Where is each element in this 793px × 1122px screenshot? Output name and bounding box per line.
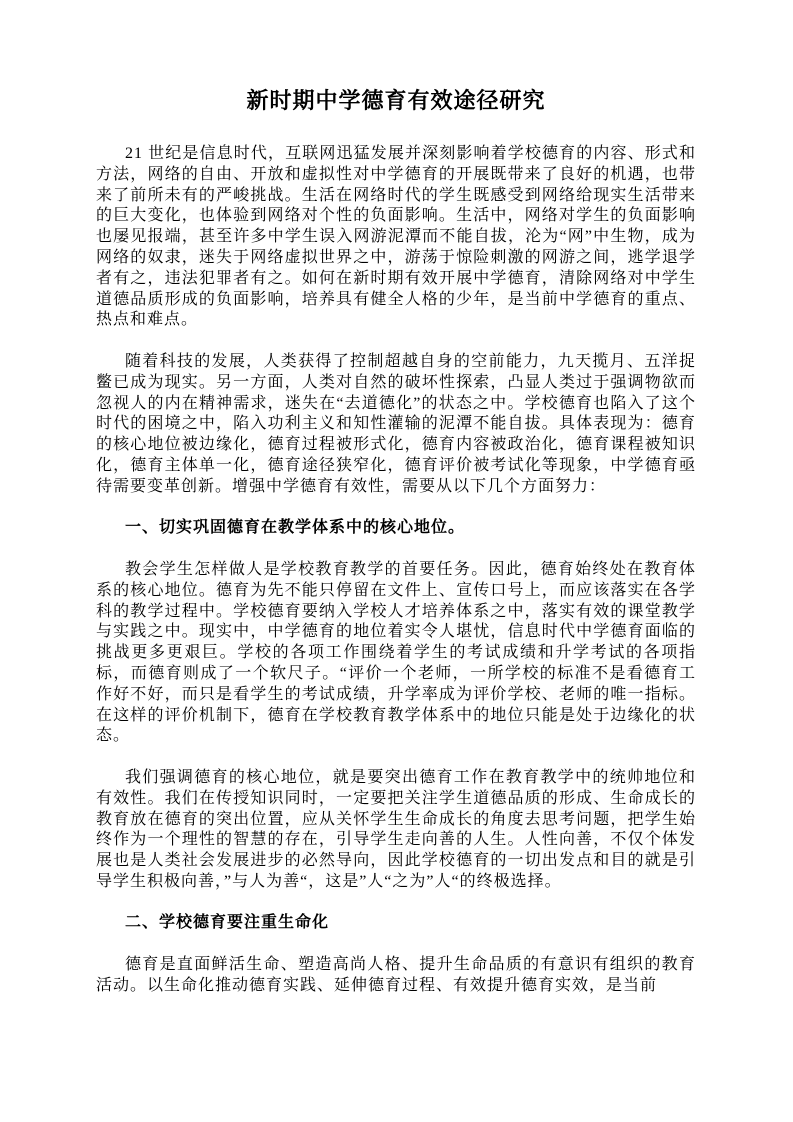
paragraph-emphasize-moral-education: 我们强调德育的核心地位，就是要突出德育工作在教育教学中的统帅地位和有效性。我们在…: [96, 768, 696, 893]
section-heading-2: 二、学校德育要注重生命化: [96, 913, 696, 934]
paragraph-core-position: 教会学生怎样做人是学校教育教学的首要任务。因此，德育始终处在教育体系的核心地位。…: [96, 560, 696, 747]
paragraph-technology-dilemma: 随着科技的发展，人类获得了控制超越自身的空前能力，九天揽月、五洋捉鳖已成为现实。…: [96, 352, 696, 498]
paragraph-life-oriented-education: 德育是直面鲜活生命、塑造高尚人格、提升生命品质的有意识有组织的教育活动。以生命化…: [96, 955, 696, 997]
document-title: 新时期中学德育有效途径研究: [96, 86, 696, 116]
section-heading-1: 一、切实巩固德育在教学体系中的核心地位。: [96, 518, 696, 539]
paragraph-intro-internet-era: 21 世纪是信息时代，互联网迅猛发展并深刻影响着学校德育的内容、形式和方法，网络…: [96, 144, 696, 331]
document-page: 新时期中学德育有效途径研究 21 世纪是信息时代，互联网迅猛发展并深刻影响着学校…: [0, 0, 793, 1122]
